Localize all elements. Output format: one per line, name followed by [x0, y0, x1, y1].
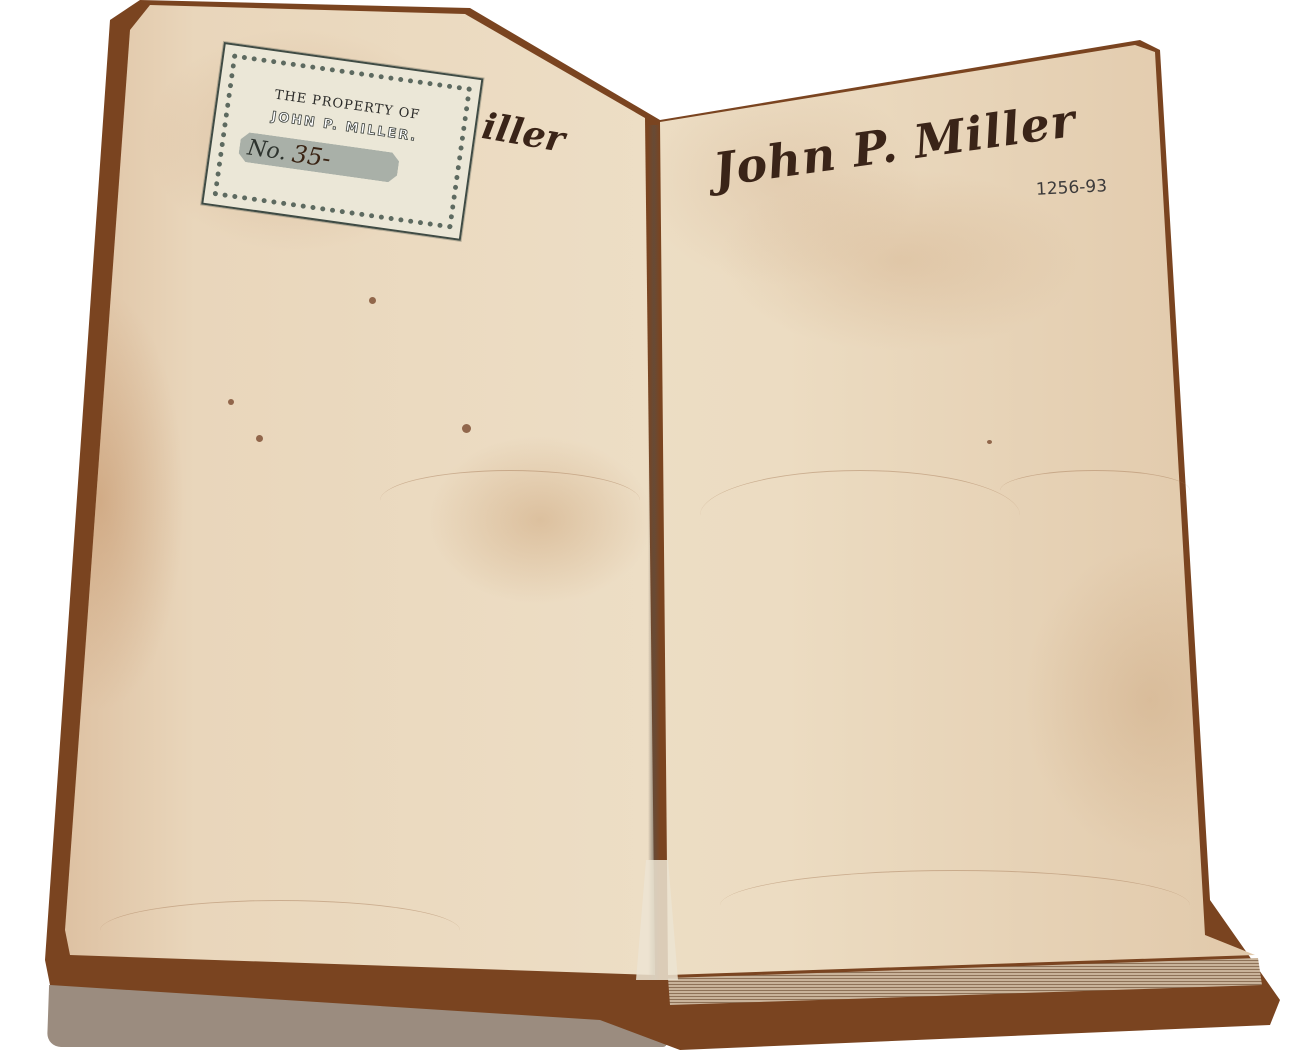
spine-gutter [648, 125, 660, 980]
foxing-spot [369, 297, 376, 304]
book-photo: THE PROPERTY OF JOHN P. MILLER. No. 35- … [0, 0, 1300, 1059]
water-stain [380, 470, 640, 531]
water-stain [100, 900, 460, 961]
foxing-spot [228, 399, 234, 405]
bookplate-number-prefix: No. [246, 135, 288, 165]
foxing-spot [256, 435, 263, 442]
water-stain [1000, 470, 1190, 511]
pencil-inventory-number: 1256-93 [1036, 176, 1108, 200]
foxing-spot [987, 440, 992, 444]
water-stain [700, 470, 1020, 561]
foxing-spot [462, 424, 471, 433]
water-stain [720, 870, 1190, 941]
bookplate-handwritten-number: 35- [290, 140, 332, 173]
